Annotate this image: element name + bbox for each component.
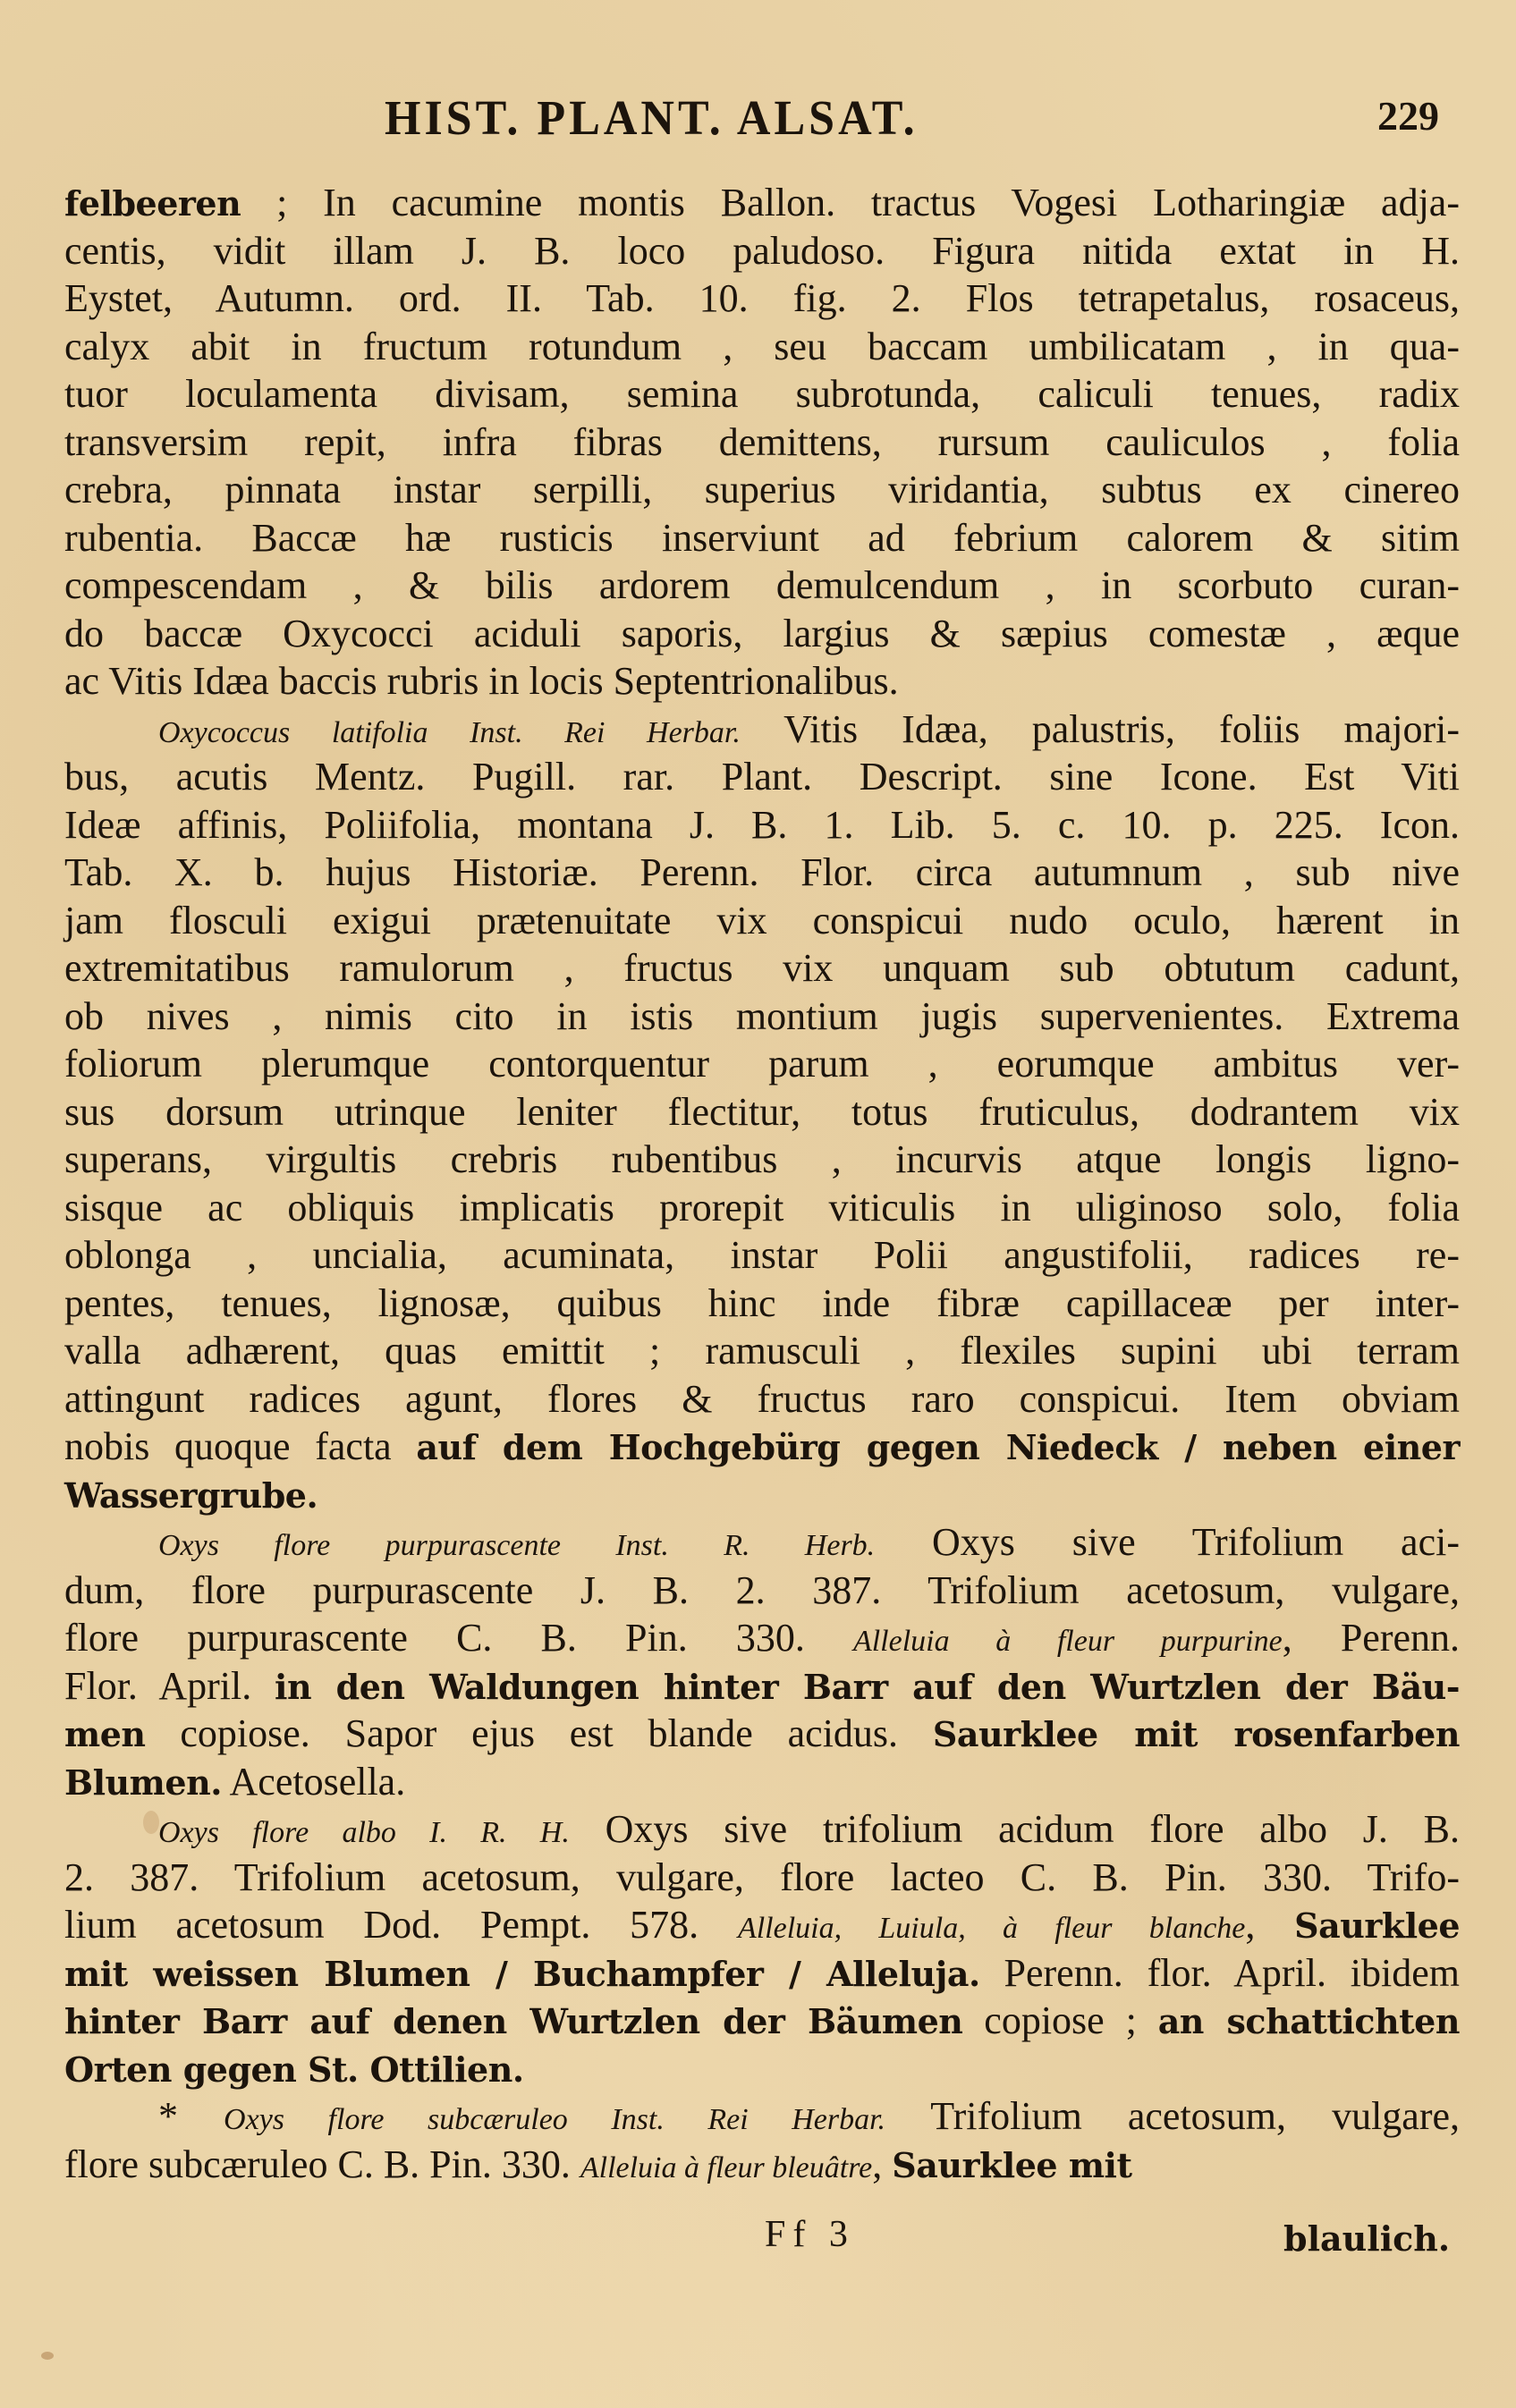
text-segment: sisque ac obliquis implicatis prorepit v… <box>64 1186 1460 1229</box>
text-segment: do baccæ Oxycocci aciduli saporis, largi… <box>64 612 1460 655</box>
text-segment: compescendam , & bilis ardorem demulcend… <box>64 563 1460 607</box>
italic-citation: Alleluia, Luiula, à fleur blanche <box>738 1912 1245 1945</box>
text-line: ac Vitis Idæa baccis rubris in locis Sep… <box>64 657 1460 706</box>
text-line: men copiose. Sapor ejus est blande acidu… <box>64 1710 1460 1758</box>
foxing-spot <box>143 1811 159 1834</box>
text-segment: tuor loculamenta divisam, semina subrotu… <box>64 372 1460 416</box>
blackletter-text: mit weissen Blumen / Buchampfer / Allelu… <box>64 1954 980 1994</box>
text-line: flore purpurascente C. B. Pin. 330. Alle… <box>64 1614 1460 1662</box>
text-line: Ideæ affinis, Poliifolia, montana J. B. … <box>64 801 1460 849</box>
text-line: Tab. X. b. hujus Historiæ. Perenn. Flor.… <box>64 849 1460 897</box>
text-segment: valla adhærent, quas emittit ; ramusculi… <box>64 1329 1460 1373</box>
text-line: valla adhærent, quas emittit ; ramusculi… <box>64 1327 1460 1375</box>
text-line: sus dorsum utrinque leniter flectitur, t… <box>64 1088 1460 1136</box>
text-line: oblonga , uncialia, acuminata, instar Po… <box>64 1231 1460 1280</box>
text-segment: , <box>872 2142 892 2186</box>
text-segment: jam flosculi exigui prætenuitate vix con… <box>64 899 1460 942</box>
text-segment: Eystet, Autumn. ord. II. Tab. 10. fig. 2… <box>64 276 1460 320</box>
text-line: bus, acutis Mentz. Pugill. rar. Plant. D… <box>64 753 1460 801</box>
text-segment: , <box>1245 1903 1294 1947</box>
text-line: rubentia. Baccæ hæ rusticis inserviunt a… <box>64 514 1460 562</box>
blackletter-text: hinter Barr auf denen Wurtzlen der Bäume… <box>64 2001 962 2041</box>
blackletter-text: Blumen. <box>64 1762 222 1803</box>
blackletter-text: Orten gegen St. Ottilien. <box>64 2049 524 2090</box>
text-line: crebra, pinnata instar serpilli, superiu… <box>64 466 1460 514</box>
blackletter-text: men <box>64 1714 146 1754</box>
text-line: Oxycoccus latifolia Inst. Rei Herbar. Vi… <box>64 706 1460 754</box>
text-line: foliorum plerumque contorquentur parum ,… <box>64 1040 1460 1088</box>
text-segment: oblonga , uncialia, acuminata, instar Po… <box>64 1233 1460 1277</box>
text-segment: Acetosella. <box>222 1760 405 1804</box>
ink-stain <box>41 2352 54 2360</box>
text-segment: ac Vitis Idæa baccis rubris in locis Sep… <box>64 659 899 703</box>
text-line: nobis quoque facta auf dem Hochgebürg ge… <box>64 1423 1460 1471</box>
text-segment: Perenn. flor. April. ibidem <box>980 1951 1460 1995</box>
text-line: dum, flore purpurascente J. B. 2. 387. T… <box>64 1567 1460 1615</box>
text-segment: Oxys sive Trifolium aci- <box>875 1520 1460 1564</box>
text-segment: Vitis Idæa, palustris, foliis majori- <box>741 707 1460 751</box>
signature-mark: Ff 3 <box>765 2213 855 2256</box>
text-line: do baccæ Oxycocci aciduli saporis, largi… <box>64 610 1460 658</box>
italic-citation: Alleluia à fleur bleuâtre <box>580 2151 872 2184</box>
blackletter-text: auf dem Hochgebürg gegen Niedeck / neben… <box>416 1427 1460 1467</box>
blackletter-text: Wassergrube. <box>64 1475 318 1516</box>
text-line: transversim repit, infra fibras demitten… <box>64 418 1460 467</box>
blackletter-text: Saurklee <box>1294 1905 1460 1946</box>
text-line: Eystet, Autumn. ord. II. Tab. 10. fig. 2… <box>64 275 1460 323</box>
text-segment: rubentia. Baccæ hæ rusticis inserviunt a… <box>64 516 1460 560</box>
italic-citation: Oxycoccus latifolia Inst. Rei Herbar. <box>158 716 741 749</box>
text-segment: centis, vidit illam J. B. loco paludoso.… <box>64 229 1460 273</box>
text-line: sisque ac obliquis implicatis prorepit v… <box>64 1184 1460 1232</box>
text-line: lium acetosum Dod. Pempt. 578. Alleluia,… <box>64 1901 1460 1949</box>
text-segment: flore subcæruleo C. B. Pin. 330. <box>64 2142 580 2186</box>
body-text: felbeeren ; In cacumine montis Ballon. t… <box>64 179 1460 2188</box>
page-footer: Ff 3 blaulich. <box>0 2213 1516 2267</box>
page-header: HIST. PLANT. ALSAT. 229 <box>0 92 1516 146</box>
paragraph: felbeeren ; In cacumine montis Ballon. t… <box>64 179 1460 706</box>
text-segment: foliorum plerumque contorquentur parum ,… <box>64 1042 1460 1086</box>
paragraph: Oxys flore albo I. R. H. Oxys sive trifo… <box>64 1805 1460 2092</box>
italic-citation: Oxys flore purpurascente Inst. R. Herb. <box>158 1529 875 1562</box>
running-title: HIST. PLANT. ALSAT. <box>385 91 919 147</box>
blackletter-text: Saurklee mit rosenfarben <box>933 1714 1460 1754</box>
text-line: centis, vidit illam J. B. loco paludoso.… <box>64 227 1460 275</box>
text-segment: extremitatibus ramulorum , fructus vix u… <box>64 946 1460 990</box>
text-line: compescendam , & bilis ardorem demulcend… <box>64 562 1460 610</box>
text-segment: Flor. April. <box>64 1664 275 1708</box>
italic-citation: Oxys flore subcæruleo Inst. Rei Herbar. <box>224 2103 885 2136</box>
page-number: 229 <box>1377 92 1439 139</box>
text-segment: bus, acutis Mentz. Pugill. rar. Plant. D… <box>64 755 1460 798</box>
text-segment: Trifolium acetosum, vulgare, <box>885 2094 1460 2138</box>
text-line: 2. 387. Trifolium acetosum, vulgare, flo… <box>64 1854 1460 1902</box>
text-segment: copiose. Sapor ejus est blande acidus. <box>146 1711 933 1755</box>
text-segment: ob nives , nimis cito in istis montium j… <box>64 994 1460 1038</box>
text-segment: pentes, tenues, lignosæ, quibus hinc ind… <box>64 1281 1460 1325</box>
text-line: Oxys flore purpurascente Inst. R. Herb. … <box>64 1518 1460 1567</box>
text-line: Oxys flore albo I. R. H. Oxys sive trifo… <box>64 1805 1460 1854</box>
text-segment: dum, flore purpurascente J. B. 2. 387. T… <box>64 1568 1460 1612</box>
text-segment: lium acetosum Dod. Pempt. 578. <box>64 1903 738 1947</box>
paragraph: * Oxys flore subcæruleo Inst. Rei Herbar… <box>64 2092 1460 2188</box>
text-segment: * <box>158 2094 224 2138</box>
text-line: superans, virgultis crebris rubentibus ,… <box>64 1136 1460 1184</box>
text-segment: nobis quoque facta <box>64 1424 416 1468</box>
text-line: tuor loculamenta divisam, semina subrotu… <box>64 370 1460 418</box>
text-line: * Oxys flore subcæruleo Inst. Rei Herbar… <box>64 2092 1460 2141</box>
blackletter-text: Saurklee mit <box>892 2145 1131 2185</box>
text-segment: sus dorsum utrinque leniter flectitur, t… <box>64 1090 1460 1134</box>
text-line: mit weissen Blumen / Buchampfer / Allelu… <box>64 1949 1460 1998</box>
text-line: ob nives , nimis cito in istis montium j… <box>64 993 1460 1041</box>
blackletter-text: felbeeren <box>64 183 241 224</box>
text-line: jam flosculi exigui prætenuitate vix con… <box>64 897 1460 945</box>
text-segment: attingunt radices agunt, flores & fructu… <box>64 1377 1460 1421</box>
text-segment: Ideæ affinis, Poliifolia, montana J. B. … <box>64 803 1460 847</box>
text-segment: flore purpurascente C. B. Pin. 330. <box>64 1616 853 1660</box>
text-line: Orten gegen St. Ottilien. <box>64 2045 1460 2093</box>
text-segment: copiose ; <box>962 1998 1157 2042</box>
text-segment: 2. 387. Trifolium acetosum, vulgare, flo… <box>64 1855 1460 1899</box>
text-segment: transversim repit, infra fibras demitten… <box>64 420 1460 464</box>
text-line: calyx abit in fructum rotundum , seu bac… <box>64 323 1460 371</box>
text-line: felbeeren ; In cacumine montis Ballon. t… <box>64 179 1460 227</box>
text-segment: ; In cacumine montis Ballon. tractus Vog… <box>241 181 1460 224</box>
text-line: extremitatibus ramulorum , fructus vix u… <box>64 944 1460 993</box>
text-line: hinter Barr auf denen Wurtzlen der Bäume… <box>64 1997 1460 2045</box>
text-line: flore subcæruleo C. B. Pin. 330. Allelui… <box>64 2141 1460 2189</box>
text-line: Wassergrube. <box>64 1471 1460 1519</box>
text-segment: calyx abit in fructum rotundum , seu bac… <box>64 325 1460 368</box>
text-line: Flor. April. in den Waldungen hinter Bar… <box>64 1662 1460 1711</box>
text-segment: Oxys sive trifolium acidum flore albo J.… <box>570 1807 1460 1851</box>
text-line: attingunt radices agunt, flores & fructu… <box>64 1375 1460 1424</box>
catchword: blaulich. <box>1283 2218 1450 2259</box>
paragraph: Oxycoccus latifolia Inst. Rei Herbar. Vi… <box>64 706 1460 1519</box>
paragraph: Oxys flore purpurascente Inst. R. Herb. … <box>64 1518 1460 1805</box>
text-line: pentes, tenues, lignosæ, quibus hinc ind… <box>64 1280 1460 1328</box>
italic-citation: Alleluia à fleur purpurine <box>853 1625 1283 1658</box>
text-line: Blumen. Acetosella. <box>64 1758 1460 1806</box>
text-segment: Tab. X. b. hujus Historiæ. Perenn. Flor.… <box>64 850 1460 894</box>
blackletter-text: in den Waldungen hinter Barr auf den Wur… <box>275 1667 1460 1707</box>
text-segment: , Perenn. <box>1283 1616 1460 1660</box>
text-segment: crebra, pinnata instar serpilli, superiu… <box>64 468 1460 511</box>
blackletter-text: an schattichten <box>1158 2001 1460 2041</box>
italic-citation: Oxys flore albo I. R. H. <box>158 1816 570 1849</box>
text-segment: superans, virgultis crebris rubentibus ,… <box>64 1137 1460 1181</box>
